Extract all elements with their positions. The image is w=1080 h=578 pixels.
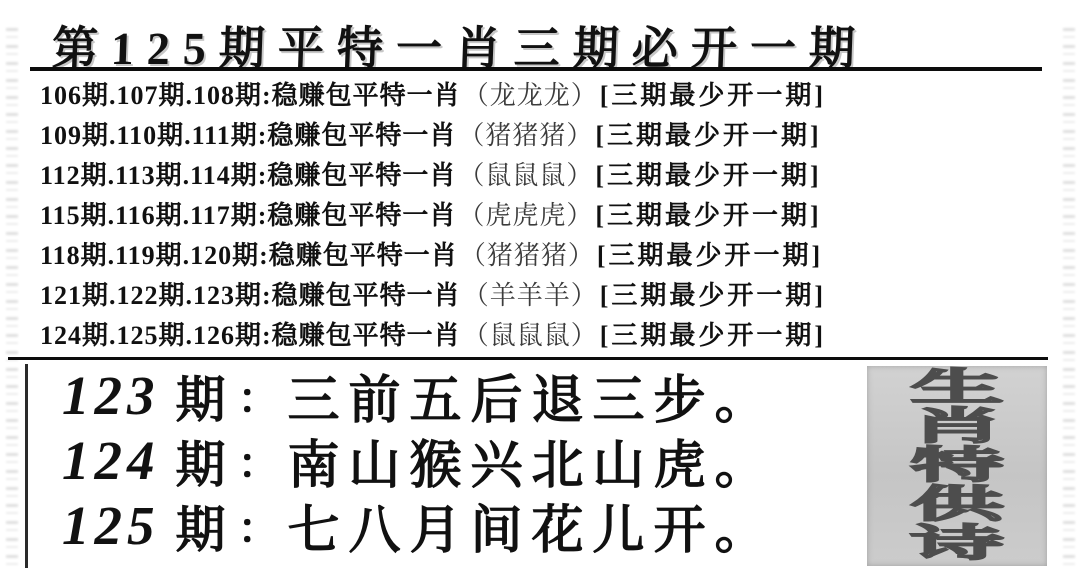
- row-label: :稳赚包平特一肖: [258, 121, 457, 150]
- poem-line: 123 期 ： 三前五后退三步。: [62, 363, 776, 428]
- zodiac-stamp-vertical-text: 生肖特供诗: [910, 366, 1003, 564]
- row-periods: 106期.107期.108期: [40, 81, 262, 110]
- row-note: [三期最少开一期]: [595, 161, 821, 190]
- row-note: [三期最少开一期]: [600, 281, 826, 310]
- prediction-row: 106期.107期.108期:稳赚包平特一肖（龙龙龙）[三期最少开一期]: [40, 76, 1060, 116]
- row-label: :稳赚包平特一肖: [262, 281, 461, 310]
- lottery-prediction-sheet: 第125期平特一肖三期必开一期 106期.107期.108期:稳赚包平特一肖（龙…: [0, 0, 1080, 578]
- row-note: [三期最少开一期]: [595, 121, 821, 150]
- row-animals: （猪猪猪）: [458, 121, 593, 150]
- poem-separator: ：: [238, 431, 280, 491]
- poem-list: 123 期 ： 三前五后退三步。 124 期 ： 南山猴兴北山虎。 125 期 …: [62, 363, 776, 558]
- row-animals: （虎虎虎）: [458, 201, 593, 230]
- row-note: [三期最少开一期]: [600, 321, 826, 350]
- prediction-row: 121期.122期.123期:稳赚包平特一肖（羊羊羊）[三期最少开一期]: [40, 276, 1060, 316]
- poem-line: 124 期 ： 南山猴兴北山虎。: [62, 428, 776, 493]
- row-note: [三期最少开一期]: [600, 81, 826, 110]
- poem-period-number: 124: [62, 429, 160, 492]
- row-label: :稳赚包平特一肖: [262, 81, 461, 110]
- row-animals: （龙龙龙）: [463, 81, 598, 110]
- poem-verse: 南山猴兴北山虎。: [288, 423, 776, 498]
- row-note: [三期最少开一期]: [597, 241, 823, 270]
- poem-period-unit: 期: [176, 490, 226, 562]
- poem-period-unit: 期: [176, 425, 226, 497]
- poem-separator: ：: [238, 366, 280, 426]
- prediction-row: 112期.113期.114期:稳赚包平特一肖（鼠鼠鼠）[三期最少开一期]: [40, 156, 1060, 196]
- row-animals: （鼠鼠鼠）: [458, 161, 593, 190]
- row-label: :稳赚包平特一肖: [258, 161, 457, 190]
- row-label: :稳赚包平特一肖: [258, 201, 457, 230]
- title-underline: [30, 67, 1042, 71]
- row-periods: 118期.119期.120期: [40, 241, 259, 270]
- zodiac-stamp-box: 生肖特供诗: [867, 366, 1047, 566]
- prediction-row: 124期.125期.126期:稳赚包平特一肖（鼠鼠鼠）[三期最少开一期]: [40, 316, 1060, 356]
- row-label: :稳赚包平特一肖: [259, 241, 458, 270]
- poem-period-unit: 期: [176, 360, 226, 432]
- row-note: [三期最少开一期]: [595, 201, 821, 230]
- prediction-list: 106期.107期.108期:稳赚包平特一肖（龙龙龙）[三期最少开一期] 109…: [40, 76, 1060, 356]
- poem-verse: 三前五后退三步。: [288, 358, 776, 433]
- prediction-row: 109期.110期.111期:稳赚包平特一肖（猪猪猪）[三期最少开一期]: [40, 116, 1060, 156]
- prediction-row: 118期.119期.120期:稳赚包平特一肖（猪猪猪）[三期最少开一期]: [40, 236, 1060, 276]
- bottom-left-border: [25, 364, 28, 568]
- row-animals: （羊羊羊）: [463, 281, 598, 310]
- prediction-row: 115期.116期.117期:稳赚包平特一肖（虎虎虎）[三期最少开一期]: [40, 196, 1060, 236]
- zodiac-poem-section: 123 期 ： 三前五后退三步。 124 期 ： 南山猴兴北山虎。 125 期 …: [0, 361, 1080, 578]
- row-animals: （鼠鼠鼠）: [463, 321, 598, 350]
- row-animals: （猪猪猪）: [460, 241, 595, 270]
- row-periods: 115期.116期.117期: [40, 201, 258, 230]
- row-periods: 112期.113期.114期: [40, 161, 258, 190]
- row-label: :稳赚包平特一肖: [262, 321, 461, 350]
- poem-period-number: 125: [62, 494, 160, 557]
- poem-period-number: 123: [62, 364, 160, 427]
- row-periods: 124期.125期.126期: [40, 321, 262, 350]
- poem-separator: ：: [238, 496, 280, 556]
- row-periods: 121期.122期.123期: [40, 281, 262, 310]
- poem-line: 125 期 ： 七八月间花儿开。: [62, 493, 776, 558]
- row-periods: 109期.110期.111期: [40, 121, 258, 150]
- poem-verse: 七八月间花儿开。: [288, 488, 776, 563]
